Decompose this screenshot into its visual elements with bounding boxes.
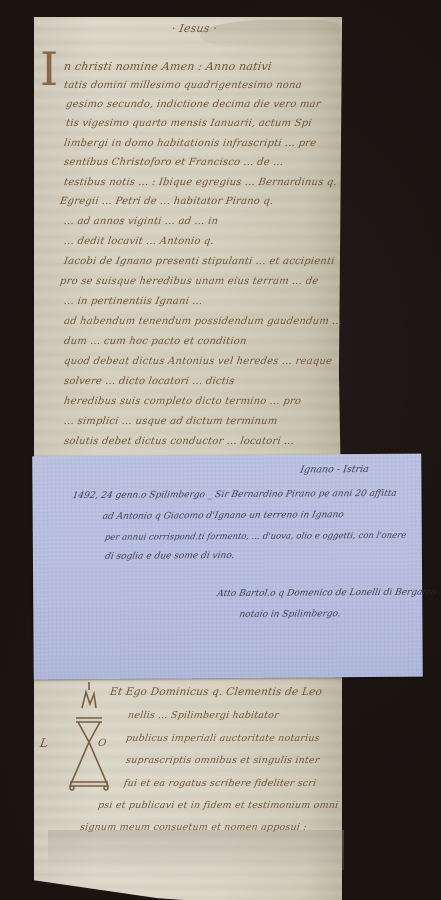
parchment-line: limbergi in domo habitationis infrascrip… [63, 138, 317, 149]
parchment-line: sentibus Christoforo et Francisco ... de… [63, 157, 284, 168]
parchment-line: ... ad annos viginti ... ad ... in [63, 216, 219, 227]
parchment-fold-top [200, 20, 340, 50]
parchment-line: pro se suisque heredibus unam eius terra… [59, 276, 319, 287]
parchment-line: ... dedit locavit ... Antonio q. [63, 236, 214, 247]
note-line: ad Antonio q Giacomo d'Ignano un terreno… [102, 510, 345, 522]
heading-iesus: · Iesus · [171, 22, 218, 35]
parchment-line: ... simplici ... usque ad dictum terminu… [63, 416, 278, 427]
parchment-line: ad habendum tenendum possidendum gaudend… [63, 316, 343, 327]
note-header: Ignano - Istria [299, 464, 369, 475]
notary-sign-icon [62, 680, 116, 792]
parchment-line: heredibus suis completo dicto termino ..… [63, 396, 302, 407]
note-line: 1492, 24 genn.o Spilimbergo _ Sir Bernar… [72, 489, 398, 501]
parchment-line: tatis domini millesimo quadrigentesimo n… [63, 80, 302, 91]
archival-note-card: Ignano - Istria 1492, 24 genn.o Spilimbe… [32, 454, 423, 680]
subscription-line: psi et publicavi et in fidem et testimon… [97, 800, 339, 811]
parchment-line: solutis debet dictus conductor ... locat… [63, 436, 295, 447]
parchment-line: n christi nomine Amen : Anno nativi [63, 60, 272, 73]
parchment-line: dum ... cum hoc pacto et condition [63, 336, 247, 347]
parchment-line: Egregii ... Petri de ... habitator Piran… [59, 196, 274, 207]
subscription-line: fui et ea rogatus scribere fideliter scr… [123, 778, 317, 789]
parchment-line: Iacobi de Ignano presenti stipulanti ...… [63, 256, 335, 267]
subscription-line: suprascriptis omnibus et singulis inter [125, 755, 320, 766]
note-signature: Atto Bartol.o q Domenico de Lonelli di B… [216, 588, 437, 600]
subscription-line: signum meum consuetum et nomen apposui : [79, 822, 307, 833]
parchment-fold-bottom [48, 830, 344, 870]
notary-sign-letter: O [97, 738, 107, 749]
parchment-line: solvere ... dicto locatori ... dictis [63, 376, 235, 387]
note-signature: notaio in Spilimbergo. [238, 609, 341, 620]
parchment-line: gesimo secundo, indictione decima die ve… [65, 99, 321, 110]
subscription-line: nellis ... Spilimbergi habitator [127, 710, 279, 721]
decorated-initial: I [40, 42, 58, 96]
subscription-line: publicus imperiali auctoritate notarius [125, 733, 320, 744]
parchment-line: tis vigesimo quarto mensis Ianuarii, act… [65, 118, 312, 129]
subscription-line: Et Ego Dominicus q. Clementis de Leo [109, 686, 323, 698]
parchment-line: ... in pertinentiis Ignani ... [63, 296, 203, 307]
parchment-line: testibus notis ... : Ibique egregius ...… [63, 177, 337, 188]
note-line: di soglia e due some di vino. [104, 551, 235, 562]
note-line: per annui corrispond.ti formento, ... d'… [104, 531, 407, 543]
parchment-line: quod debeat dictus Antonius vel heredes … [63, 356, 333, 367]
